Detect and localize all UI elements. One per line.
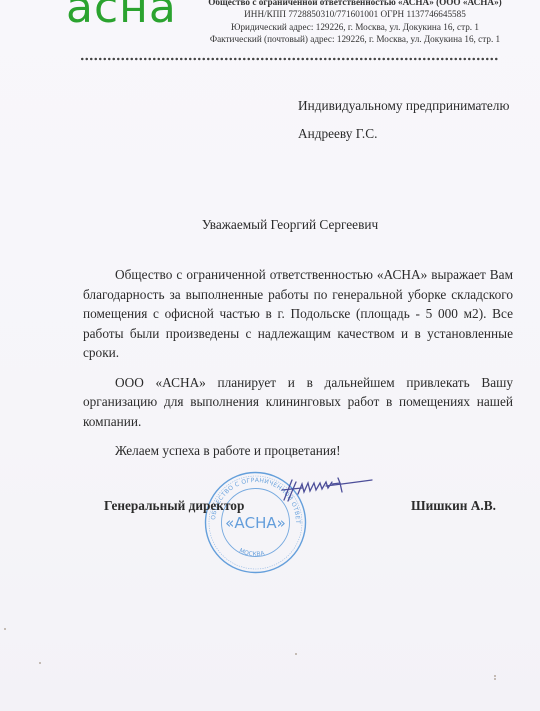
recipient-title: Индивидуальному предпринимателю [298,92,509,120]
paper-speck [295,653,297,655]
registration-numbers: ИНН/КПП 7728850310/771601001 ОГРН 113774… [195,8,515,20]
signatory-name: Шишкин А.В. [411,498,496,514]
handwritten-signature [280,474,375,504]
body-paragraph: Общество с ограниченной ответственностью… [83,265,513,363]
recipient-name: Андрееву Г.С. [298,120,509,148]
recipient-block: Индивидуальному предпринимателю Андрееву… [298,92,509,148]
body-paragraph: Желаем успеха в работе и процветания! [83,441,513,461]
signatory-title: Генеральный директор [104,498,244,514]
company-full-name: Общество с ограниченной ответственностью… [195,0,515,8]
letterhead-info: Общество с ограниченной ответственностью… [195,0,515,45]
paper-speck [39,662,41,664]
postal-address: Фактический (почтовый) адрес: 129226, г.… [195,33,515,45]
stamp-center-text: «АСНА» [225,514,286,532]
company-logo: асна [66,0,177,30]
svg-text:МОСКВА: МОСКВА [238,547,266,558]
header-divider [80,57,498,61]
salutation: Уважаемый Георгий Сергеевич [0,217,540,233]
letter-page: асна Общество с ограниченной ответственн… [0,0,540,711]
paper-speck [494,678,496,680]
legal-address: Юридический адрес: 129226, г. Москва, ул… [195,21,515,33]
paper-speck [494,675,496,677]
letter-body: Общество с ограниченной ответственностью… [83,265,513,471]
body-paragraph: ООО «АСНА» планирует и в дальнейшем прив… [83,373,513,432]
paper-speck [4,628,6,630]
